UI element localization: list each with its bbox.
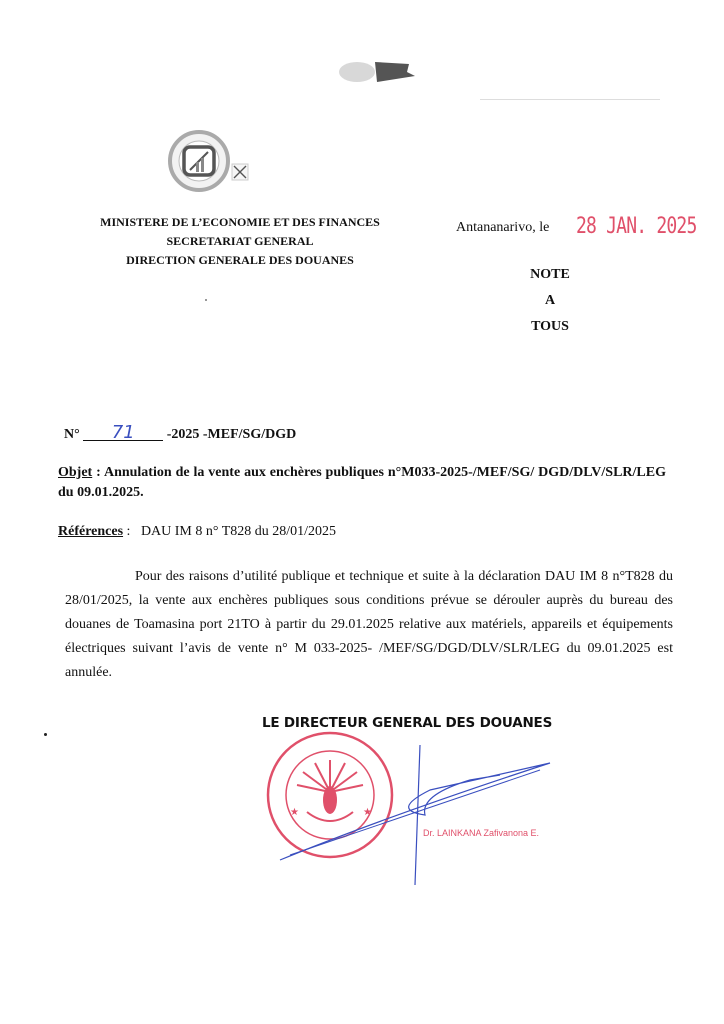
subject-text: Annulation de la vente aux enchères publ… [58, 465, 666, 500]
top-emblem-icon [337, 54, 427, 84]
signature-scribble-icon [270, 735, 560, 885]
number-prefix: N° [64, 427, 80, 442]
signatory-name: Dr. LAINKANA Zafivanona E. [423, 828, 539, 838]
note-heading: NOTE A TOUS [505, 262, 595, 340]
signatory-title: LE DIRECTEUR GENERAL DES DOUANES [262, 715, 552, 731]
direction-name: DIRECTION GENERALE DES DOUANES [90, 251, 390, 270]
top-divider [480, 99, 660, 100]
date-stamp: 28 JAN. 2025 [576, 214, 697, 239]
letterhead: MINISTERE DE L’ECONOMIE ET DES FINANCES … [90, 213, 390, 270]
secretariat-name: SECRETARIAT GENERAL [90, 232, 390, 251]
note-line-3: TOUS [505, 314, 595, 340]
ministry-name: MINISTERE DE L’ECONOMIE ET DES FINANCES [90, 213, 390, 232]
references-line: Références : DAU IM 8 n° T828 du 28/01/2… [58, 524, 336, 540]
subject-line: Objet : Annulation de la vente aux enchè… [58, 463, 666, 503]
document-number: N° 71 -2025 -MEF/SG/DGD [64, 426, 296, 443]
ministry-logo-icon [164, 130, 264, 192]
note-line-2: A [505, 288, 595, 314]
subject-label: Objet [58, 465, 92, 480]
number-suffix: -2025 -MEF/SG/DGD [167, 427, 297, 442]
references-label: Références [58, 524, 123, 539]
handwritten-number: 71 [83, 426, 163, 441]
body-paragraph: Pour des raisons d’utilité publique et t… [65, 565, 673, 685]
margin-dot [44, 733, 47, 736]
speck [205, 299, 207, 301]
references-text: DAU IM 8 n° T828 du 28/01/2025 [141, 524, 336, 539]
city-date-label: Antananarivo, le [456, 220, 549, 236]
note-line-1: NOTE [505, 262, 595, 288]
